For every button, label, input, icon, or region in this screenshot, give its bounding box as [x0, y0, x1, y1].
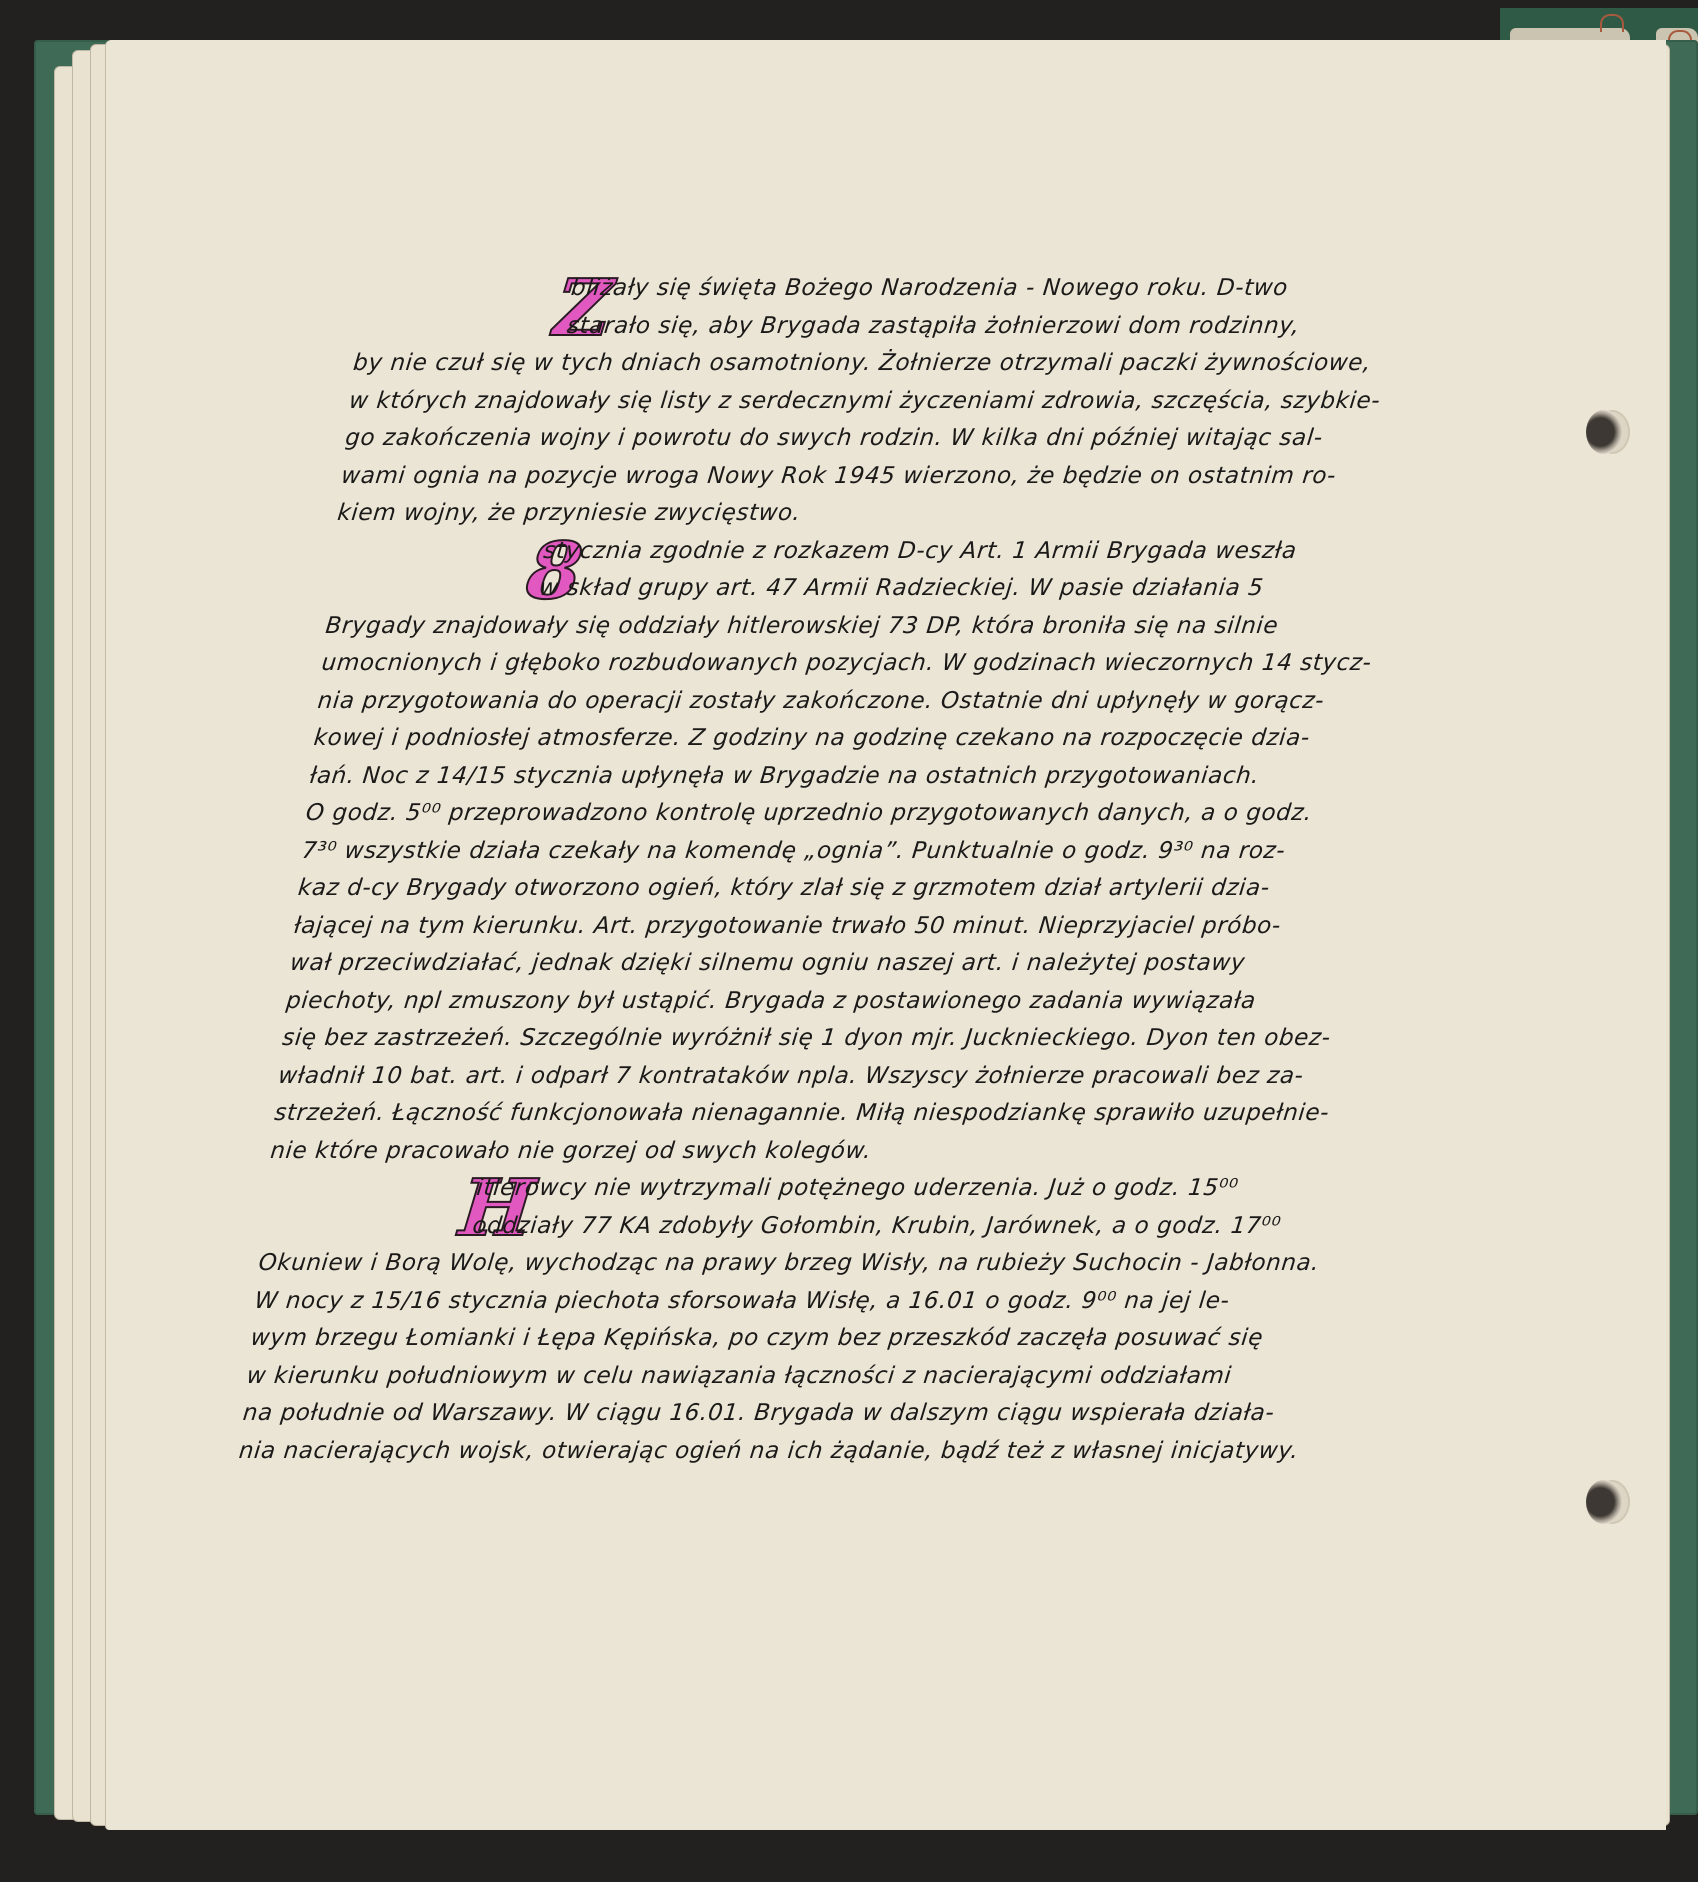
binding-string [1600, 14, 1624, 32]
text-line: na południe od Warszawy. W ciągu 16.01. … [241, 1395, 1445, 1433]
text-line: kiem wojny, że przyniesie zwycięstwo. [335, 495, 1539, 533]
paragraph: H itlerowcy nie wytrzymali potężnego ude… [237, 1170, 1469, 1470]
text-line: O godz. 5⁰⁰ przeprowadzono kontrolę uprz… [304, 795, 1508, 833]
paragraph: Z bliżały się święta Bożego Narodzenia -… [335, 270, 1563, 533]
text-line: by nie czuł się w tych dniach osamotnion… [351, 345, 1555, 383]
text-line: Okuniew i Borą Wolę, wychodząc na prawy … [257, 1245, 1461, 1283]
text-line: nia przygotowania do operacji zostały za… [316, 683, 1520, 721]
text-line: stycznia zgodnie z rozkazem D-cy Art. 1 … [332, 533, 1536, 571]
text-line: kowej i podniosłej atmosferze. Z godziny… [312, 720, 1516, 758]
paragraph: 8 stycznia zgodnie z rozkazem D-cy Art. … [268, 533, 1535, 1171]
text-line: w których znajdowały się listy z serdecz… [347, 383, 1551, 421]
text-line: wym brzegu Łomianki i Łępa Kępińska, po … [249, 1320, 1453, 1358]
text-line: bliżały się święta Bożego Narodzenia - N… [359, 270, 1563, 308]
text-line: w kierunku południowym w celu nawiązania… [245, 1358, 1449, 1396]
text-line: wami ognia na pozycje wroga Nowy Rok 194… [339, 458, 1543, 496]
text-line: piechoty, npl zmuszony był ustąpić. Bryg… [284, 983, 1488, 1021]
text-line: łań. Noc z 14/15 stycznia upłynęła w Bry… [308, 758, 1512, 796]
text-line: 7³⁰ wszystkie działa czekały na komendę … [300, 833, 1504, 871]
text-line: łającej na tym kierunku. Art. przygotowa… [292, 908, 1496, 946]
text-line: w skład grupy art. 47 Armii Radzieckiej.… [328, 570, 1532, 608]
text-line: W nocy z 15/16 stycznia piechota sforsow… [253, 1283, 1457, 1321]
text-line: kaz d-cy Brygady otworzono ogień, który … [296, 870, 1500, 908]
text-line: wał przeciwdziałać, jednak dzięki silnem… [288, 945, 1492, 983]
text-line: umocnionych i głęboko rozbudowanych pozy… [320, 645, 1524, 683]
text-line: itlerowcy nie wytrzymali potężnego uderz… [265, 1170, 1469, 1208]
manuscript-text: Z bliżały się święta Bożego Narodzenia -… [237, 270, 1563, 1470]
punch-hole [1586, 410, 1622, 454]
text-line: Brygady znajdowały się oddziały hitlerow… [324, 608, 1528, 646]
text-line: oddziały 77 KA zdobyły Gołombin, Krubin,… [261, 1208, 1465, 1246]
text-line: władnił 10 bat. art. i odparł 7 kontrata… [276, 1058, 1480, 1096]
text-line: starało się, aby Brygada zastąpiła żołni… [355, 308, 1559, 346]
punch-hole [1586, 1480, 1622, 1524]
text-line: się bez zastrzeżeń. Szczególnie wyróżnił… [280, 1020, 1484, 1058]
text-line: nie które pracowało nie gorzej od swych … [268, 1133, 1472, 1171]
text-line: nia nacierających wojsk, otwierając ogie… [237, 1433, 1441, 1471]
text-line: strzeżeń. Łączność funkcjonowała nienaga… [272, 1095, 1476, 1133]
text-line: go zakończenia wojny i powrotu do swych … [343, 420, 1547, 458]
